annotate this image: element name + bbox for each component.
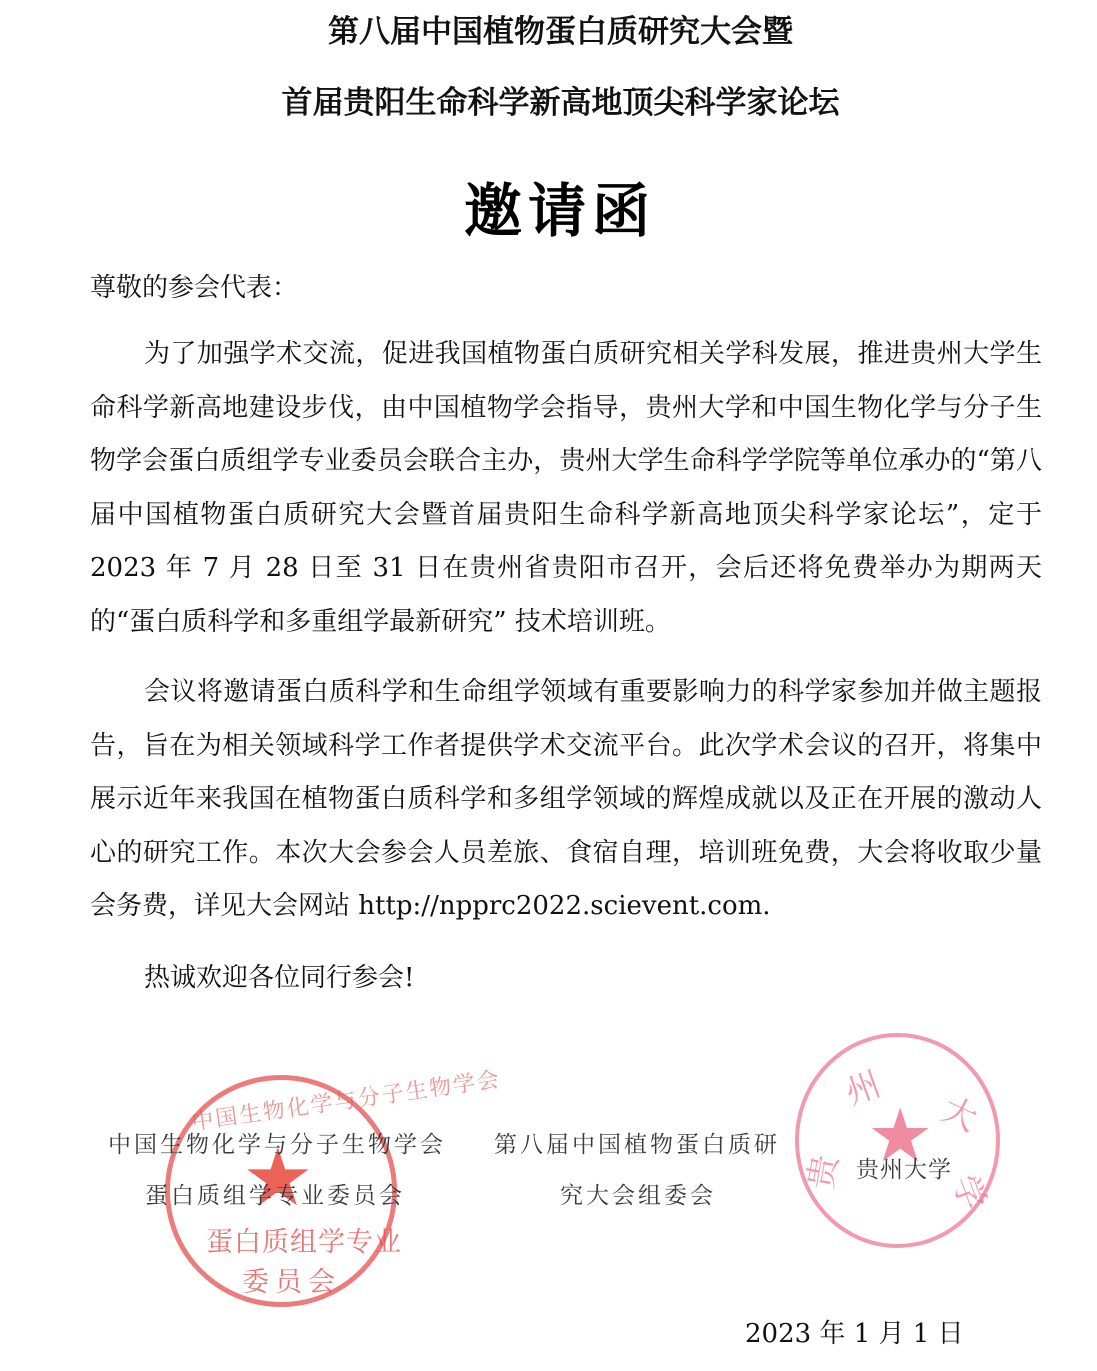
signature-middle-line-1: 第八届中国植物蛋白质研 bbox=[494, 1126, 780, 1159]
letter-date: 2023 年 1 月 1 日 bbox=[745, 1313, 964, 1350]
seal-char: 贵 bbox=[793, 1151, 847, 1193]
university-seal-stamp: 州 大 贵 学 ★ bbox=[795, 1033, 1000, 1248]
salutation: 尊敬的参会代表： bbox=[90, 262, 1042, 316]
signature-right: 贵州大学 bbox=[856, 1151, 952, 1184]
signature-left-line-1: 中国生物化学与分子生物学会 bbox=[108, 1126, 446, 1159]
seal-char: 大 bbox=[935, 1082, 987, 1141]
paragraph-1: 为了加强学术交流，促进我国植物蛋白质研究相关学科发展，推进贵州大学生命科学新高地… bbox=[90, 328, 1042, 649]
paragraph-2: 会议将邀请蛋白质科学和生命组学领域有重要影响力的科学家参加并做主题报告，旨在为相… bbox=[90, 666, 1042, 934]
signature-middle-line-2: 究大会组委会 bbox=[560, 1177, 716, 1210]
seal-inner-text-2: 委员会 bbox=[242, 1260, 341, 1299]
seal-inner-text-1: 蛋白质组学专业 bbox=[206, 1220, 402, 1259]
title-line-2: 首届贵阳生命科学新高地顶尖科学家论坛 bbox=[12, 77, 1097, 122]
signature-left-line-2: 蛋白质组学专业委员会 bbox=[145, 1177, 405, 1210]
closing-line: 热诚欢迎各位同行参会! bbox=[90, 952, 1042, 1006]
title-line-1: 第八届中国植物蛋白质研究大会暨 bbox=[12, 6, 1097, 51]
invitation-heading: 邀请函 bbox=[0, 164, 1097, 248]
